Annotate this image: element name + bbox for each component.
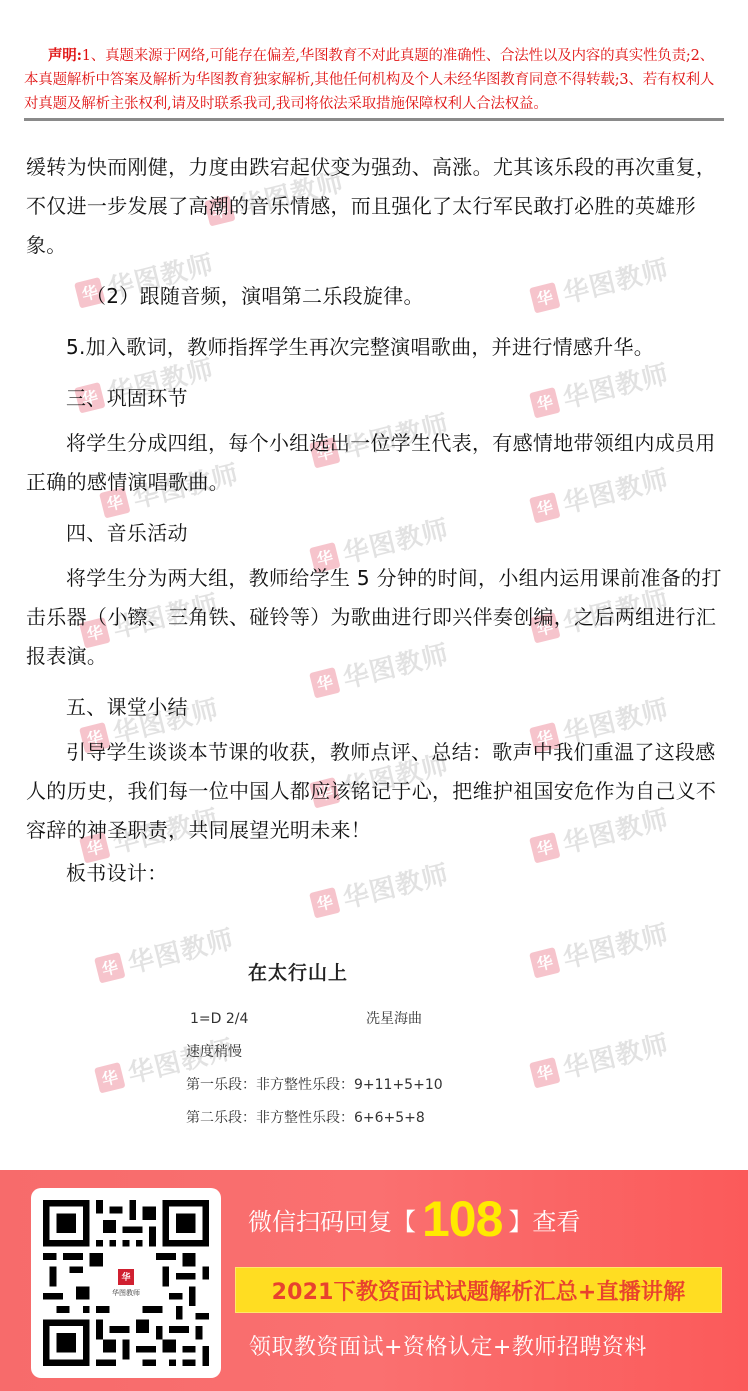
paragraph: 5.加入歌词，教师指挥学生再次完整演唱歌曲，并进行情感升华。 xyxy=(26,328,726,367)
composer: 冼星海曲 xyxy=(366,1003,422,1036)
paragraph: 将学生分为两大组，教师给学生 5 分钟的时间，小组内运用课前准备的打击乐器（小镲… xyxy=(26,559,726,676)
paragraph: 将学生分成四组，每个小组选出一位学生代表，有感情地带领组内成员用正确的感情演唱歌… xyxy=(26,424,726,502)
document-body: 缓转为快而刚健，力度由跌宕起伏变为强劲、高涨。尤其该乐段的再次重复，不仅进一步发… xyxy=(26,148,726,893)
qr-code-card[interactable]: 华 华图教师 xyxy=(31,1188,221,1378)
watermark-logo-icon: 华 xyxy=(94,952,126,984)
paragraph: 缓转为快而刚健，力度由跌宕起伏变为强劲、高涨。尤其该乐段的再次重复，不仅进一步发… xyxy=(26,148,726,265)
key-row: 1=D 2/4 冼星海曲 xyxy=(186,1003,546,1036)
section-heading: 五、课堂小结 xyxy=(26,688,726,727)
brand-name: 华图教师 xyxy=(112,1288,140,1298)
tempo: 速度稍慢 xyxy=(186,1036,546,1069)
paragraph: （2）跟随音频，演唱第二乐段旋律。 xyxy=(26,277,726,316)
reply-code: 108 xyxy=(422,1190,502,1248)
section-heading: 三、巩固环节 xyxy=(26,379,726,418)
brand-logo-icon: 华 xyxy=(118,1269,134,1285)
song-title: 在太行山上 xyxy=(248,958,546,985)
paragraph: 引导学生谈谈本节课的收获，教师点评、总结：歌声中我们重温了这段感人的历史，我们每… xyxy=(26,733,726,850)
promo-banner[interactable]: 华 华图教师 微信扫码回复【 108 】查看 2021下教资面试试题解析汇总+直… xyxy=(0,1170,748,1391)
section-1: 第一乐段：非方整性乐段：9+11+5+10 xyxy=(186,1069,546,1102)
promo-highlight-bar: 2021下教资面试试题解析汇总+直播讲解 xyxy=(235,1267,722,1313)
disclaimer-lead: 声明: xyxy=(48,47,82,64)
disclaimer: 声明:1、真题来源于网络,可能存在偏差,华图教育不对此真题的准确性、合法性以及内… xyxy=(24,44,724,121)
watermark-logo-icon: 华 xyxy=(94,1062,126,1094)
watermark: 华华图教师 xyxy=(528,914,673,984)
disclaimer-text: 1、真题来源于网络,可能存在偏差,华图教育不对此真题的准确性、合法性以及内容的真… xyxy=(24,48,714,112)
section-heading: 四、音乐活动 xyxy=(26,514,726,553)
key-signature: 1=D 2/4 xyxy=(186,1003,366,1036)
board-design: 在太行山上 1=D 2/4 冼星海曲 速度稍慢 第一乐段：非方整性乐段：9+11… xyxy=(186,958,546,1135)
qr-code[interactable]: 华 华图教师 xyxy=(43,1200,209,1366)
promo-subtext: 领取教资面试+资格认定+教师招聘资料 xyxy=(249,1330,647,1361)
qr-center-logo: 华 华图教师 xyxy=(105,1261,147,1305)
promo-highlight-text: 2021下教资面试试题解析汇总+直播讲解 xyxy=(272,1275,686,1306)
section-2: 第二乐段：非方整性乐段：6+6+5+8 xyxy=(186,1102,546,1135)
board-design-label: 板书设计： xyxy=(26,854,726,893)
watermark: 华华图教师 xyxy=(528,1024,673,1094)
reply-instruction: 微信扫码回复【 108 】查看 xyxy=(248,1190,580,1248)
